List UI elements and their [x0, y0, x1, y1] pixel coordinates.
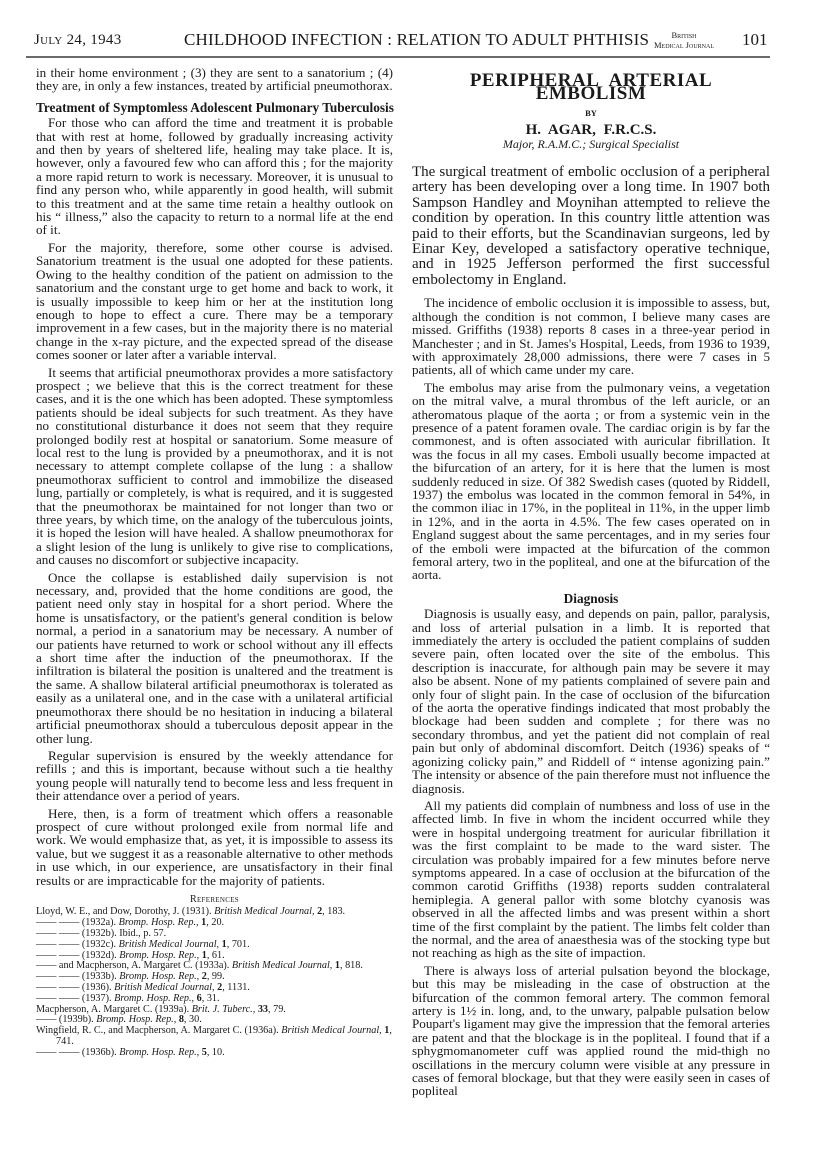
body-paragraph: All my patients did complain of numbness…	[412, 799, 770, 960]
references-list: Lloyd, W. E., and Dow, Dorothy, J. (1931…	[36, 907, 393, 1058]
continuation-paragraph: in their home environment ; (3) they are…	[36, 66, 393, 93]
ref-authors: —— —— (1937).	[36, 993, 112, 1004]
ref-authors: —— —— (1932a).	[36, 917, 116, 928]
ref-source: British Medical Journal,	[214, 906, 314, 917]
issue-date: July 24, 1943	[34, 32, 122, 49]
ref-source: British Medical Journal,	[281, 1025, 381, 1036]
byline-by: BY	[412, 107, 770, 120]
author-name: H. AGAR, F.R.C.S.	[412, 124, 770, 137]
body-paragraph: The embolus may arise from the pulmonary…	[412, 381, 770, 582]
ref-authors: Lloyd, W. E., and Dow, Dorothy, J. (1931…	[36, 906, 212, 917]
journal-name-line2: Medical Journal	[654, 40, 714, 50]
left-column: in their home environment ; (3) they are…	[36, 66, 393, 1059]
body-paragraph: Diagnosis is usually easy, and depends o…	[412, 607, 770, 795]
ref-pages: , 818.	[340, 960, 363, 971]
ref-authors: Wingfield, R. C., and Macpherson, A. Mar…	[36, 1025, 279, 1036]
ref-source: Bromp. Hosp. Rep.,	[119, 917, 199, 928]
ref-pages: , 31.	[202, 993, 220, 1004]
author-affiliation: Major, R.A.M.C.; Surgical Specialist	[412, 138, 770, 151]
lead-paragraph: The surgical treatment of embolic occlus…	[412, 165, 770, 288]
body-paragraph: Regular supervision is ensured by the we…	[36, 749, 393, 803]
ref-source: Brit. J. Tuberc.,	[192, 1004, 256, 1015]
ref-source: Bromp. Hosp. Rep.,	[119, 971, 199, 982]
ref-authors: —— —— (1932c).	[36, 939, 116, 950]
right-column: PERIPHERAL ARTERIAL EMBOLISM BY H. AGAR,…	[412, 74, 770, 1102]
references-heading: References	[36, 893, 393, 906]
journal-name: British Medical Journal	[654, 30, 714, 50]
reference-item: Wingfield, R. C., and Macpherson, A. Mar…	[36, 1026, 393, 1048]
ref-pages: , 10.	[207, 1047, 225, 1058]
ref-pages: , 701.	[227, 939, 250, 950]
ref-authors: Macpherson, A. Margaret C. (1939a).	[36, 1004, 189, 1015]
ref-volume: 33	[258, 1004, 268, 1015]
ref-source: Bromp. Hosp. Rep.,	[114, 993, 194, 1004]
ref-pages: , 79.	[268, 1004, 286, 1015]
ref-source: Bromp. Hosp. Rep.,	[119, 950, 199, 961]
running-title: CHILDHOOD INFECTION : RELATION TO ADULT …	[184, 30, 649, 50]
article-title: PERIPHERAL ARTERIAL EMBOLISM	[412, 74, 770, 101]
ref-source: Ibid., p. 57.	[119, 928, 166, 939]
ref-pages: , 1131.	[222, 982, 250, 993]
ref-source: British Medical Journal,	[114, 982, 214, 993]
ref-pages: , 61.	[207, 950, 225, 961]
journal-name-line1: British	[671, 30, 696, 40]
ref-pages: , 20.	[206, 917, 224, 928]
ref-pages: , 99.	[207, 971, 225, 982]
ref-source: British Medical Journal,	[119, 939, 219, 950]
body-paragraph: The incidence of embolic occlusion it is…	[412, 296, 770, 376]
body-paragraph: There is always loss of arterial pulsati…	[412, 964, 770, 1098]
body-paragraph: It seems that artificial pneumothorax pr…	[36, 366, 393, 567]
ref-source: Bromp. Hosp. Rep.,	[96, 1014, 176, 1025]
page-header: July 24, 1943 CHILDHOOD INFECTION : RELA…	[34, 22, 768, 52]
section-heading-diagnosis: Diagnosis	[412, 592, 770, 605]
ref-source: Bromp. Hosp. Rep.,	[119, 1047, 199, 1058]
page-number: 101	[742, 30, 768, 50]
ref-pages: , 30.	[184, 1014, 202, 1025]
reference-item: —— —— (1936b). Bromp. Hosp. Rep., 5, 10.	[36, 1048, 393, 1059]
header-rule	[26, 56, 770, 58]
ref-authors: —— —— (1936b).	[36, 1047, 117, 1058]
ref-authors: —— —— (1936).	[36, 982, 112, 993]
ref-source: British Medical Journal,	[232, 960, 332, 971]
section-heading-treatment: Treatment of Symptomless Adolescent Pulm…	[36, 101, 393, 114]
body-paragraph: Here, then, is a form of treatment which…	[36, 807, 393, 887]
ref-authors: —— —— (1933b).	[36, 971, 117, 982]
ref-authors: —— (1939b).	[36, 1014, 94, 1025]
body-paragraph: For the majority, therefore, some other …	[36, 241, 393, 362]
ref-authors: —— and Macpherson, A. Margaret C. (1933a…	[36, 960, 229, 971]
ref-authors: —— —— (1932b).	[36, 928, 117, 939]
body-paragraph: For those who can afford the time and tr…	[36, 116, 393, 237]
ref-authors: —— —— (1932d).	[36, 950, 117, 961]
body-paragraph: Once the collapse is established daily s…	[36, 571, 393, 745]
ref-pages: , 183.	[322, 906, 345, 917]
